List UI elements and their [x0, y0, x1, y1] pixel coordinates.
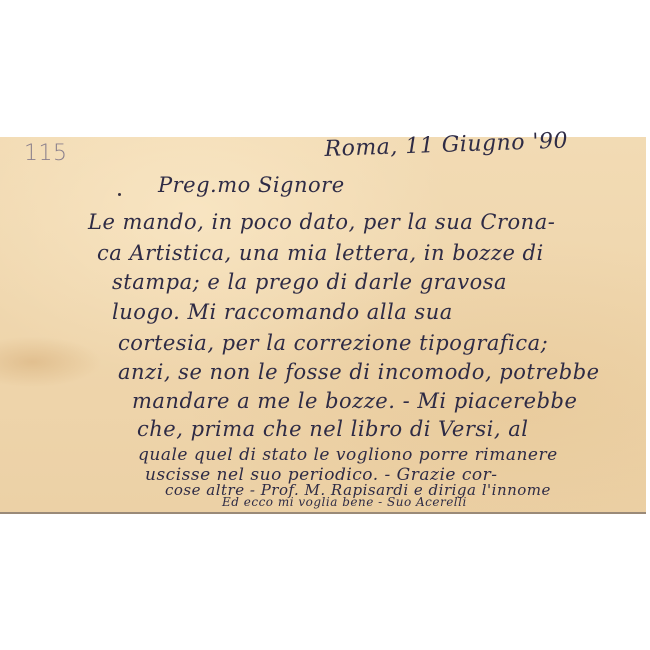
letter-line-8: che, prima che nel libro di Versi, al	[137, 417, 528, 441]
letter-line-3: stampa; e la prego di darle gravosa	[112, 270, 507, 294]
letter-line-7: mandare a me le bozze. - Mi piacerebbe	[132, 389, 577, 413]
archive-number: 115	[24, 141, 68, 166]
signature-line: Ed ecco mi voglia bene - Suo Acerelli	[222, 495, 467, 509]
ink-speck	[118, 193, 121, 196]
postcard: 115 Roma, 11 Giugno '90 Preg.mo Signore …	[0, 137, 646, 514]
letter-line-4: luogo. Mi raccomando alla sua	[112, 300, 453, 324]
place-date: Roma, 11 Giugno '90	[324, 129, 568, 162]
salutation: Preg.mo Signore	[158, 173, 345, 197]
letter-line-1: Le mando, in poco dato, per la sua Crona…	[88, 210, 555, 234]
letter-line-2: ca Artistica, una mia lettera, in bozze …	[97, 241, 544, 265]
letter-line-9: quale quel di stato le vogliono porre ri…	[138, 445, 558, 465]
letter-line-5: cortesia, per la correzione tipografica;	[118, 331, 548, 355]
letter-line-6: anzi, se non le fosse di incomodo, potre…	[118, 360, 600, 384]
